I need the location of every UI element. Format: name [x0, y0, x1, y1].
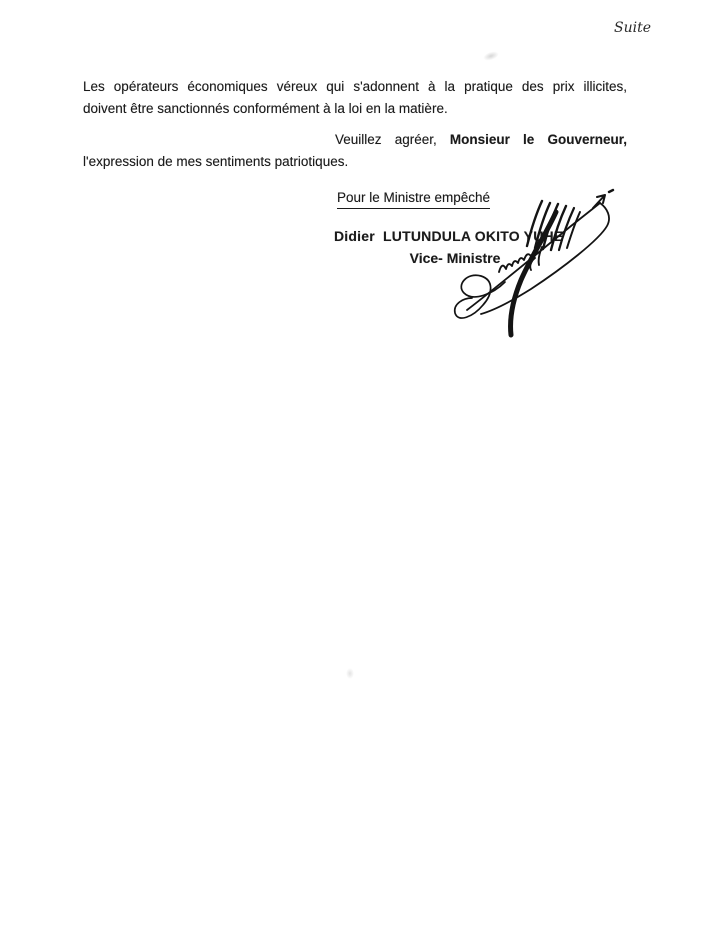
- handwritten-signature-icon: [443, 186, 618, 341]
- body-paragraph: Les opérateurs économiques véreux qui s'…: [83, 76, 627, 120]
- closing-paragraph-line: l'expression de mes sentiments patriotiq…: [83, 151, 627, 173]
- closing-addressee: Monsieur le Gouverneur,: [450, 132, 627, 147]
- page-continuation-note: Suite: [614, 20, 651, 36]
- closing-paragraph: Veuillez agréer, Monsieur le Gouverneur,…: [83, 129, 627, 173]
- scan-smudge: [482, 50, 500, 63]
- scan-smudge: [346, 668, 354, 679]
- closing-salutation-line: Veuillez agréer, Monsieur le Gouverneur,: [335, 129, 627, 151]
- body-paragraph-line: doivent être sanctionnés conformément à …: [83, 98, 627, 120]
- scanned-letter-page: Suite Les opérateurs économiques véreux …: [0, 0, 720, 936]
- closing-lead-text: Veuillez agréer,: [335, 132, 450, 147]
- body-paragraph-line: Les opérateurs économiques véreux qui s'…: [83, 76, 627, 98]
